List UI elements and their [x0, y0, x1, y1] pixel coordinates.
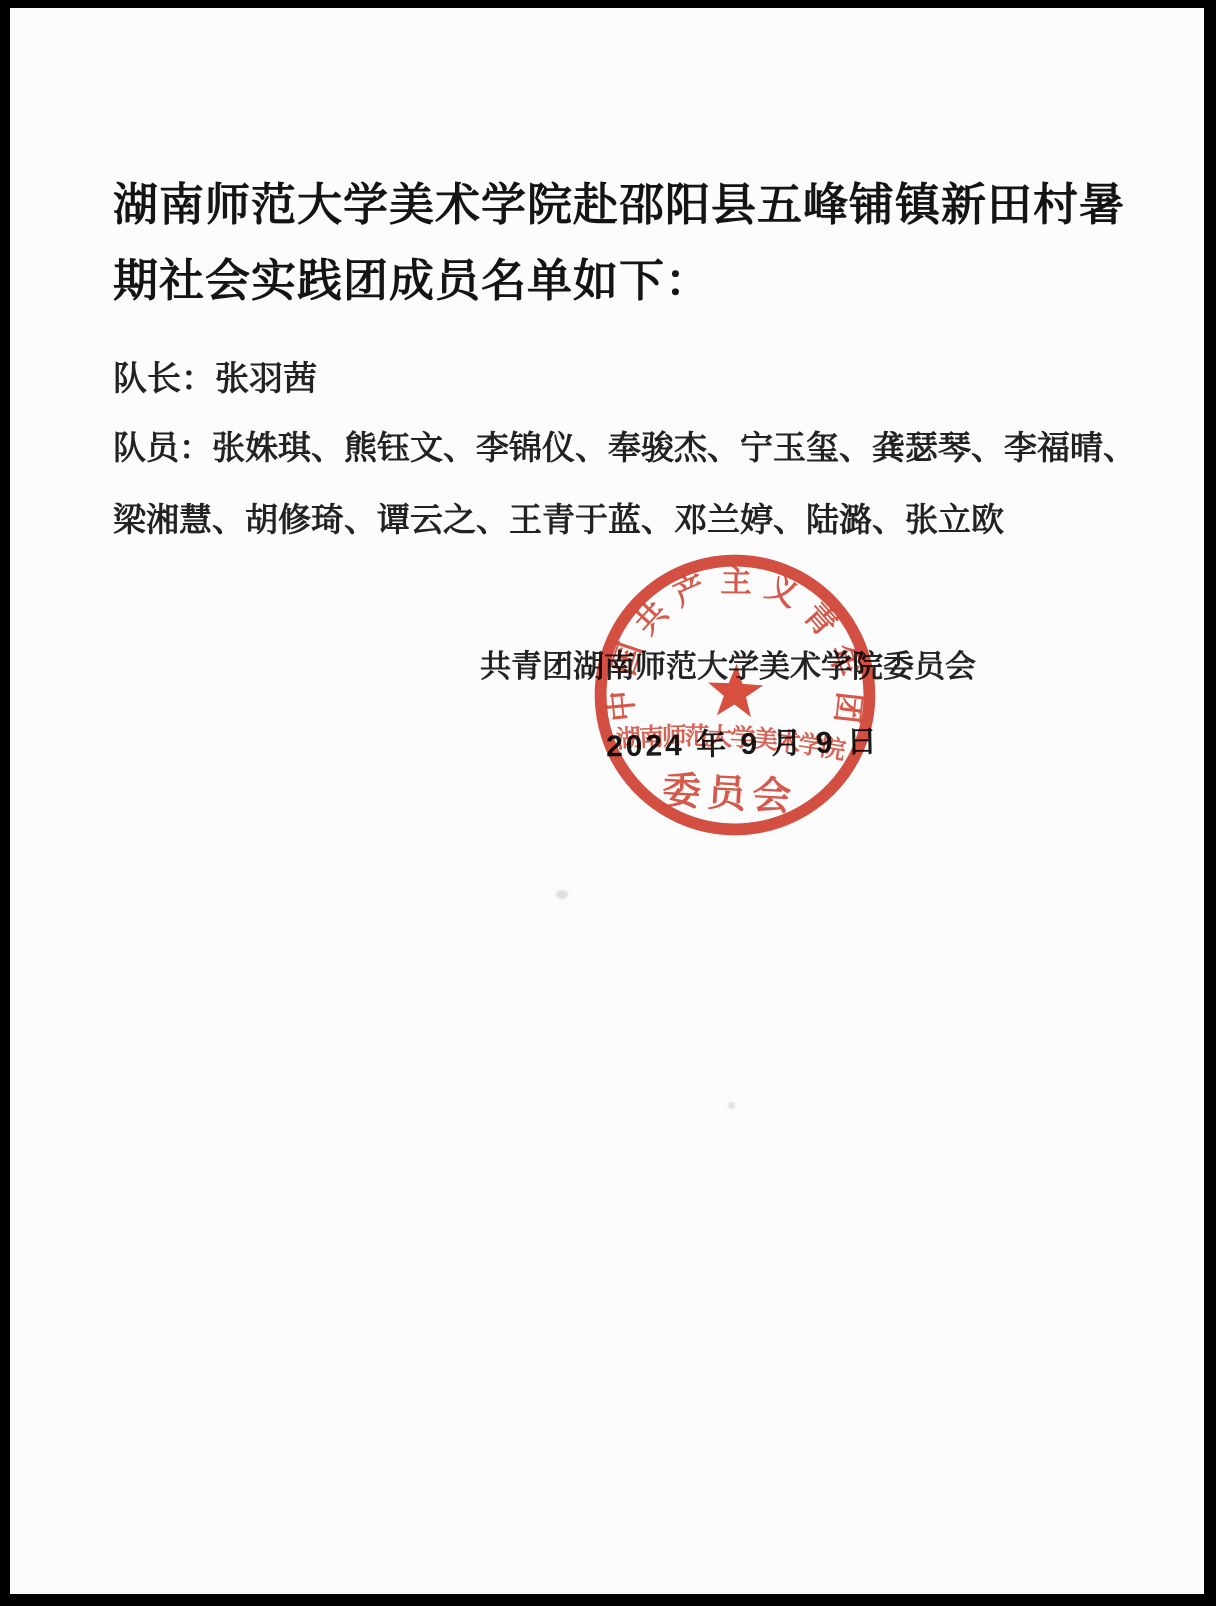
document-title-line-2: 期社会实践团成员名单如下：: [113, 244, 711, 309]
official-stamp: 中国共产主义青年团 湖南师范大学美术学院 委员会: [585, 545, 886, 846]
team-members-line-2: 梁湘慧、胡修琦、谭云之、王青于蓝、邓兰婷、陆潞、张立欧: [113, 494, 1004, 541]
scan-speck: [556, 890, 568, 899]
document-page: 湖南师范大学美术学院赴邵阳县五峰铺镇新田村暑 期社会实践团成员名单如下： 队长：…: [10, 8, 1204, 1594]
stamp-arc-bottom-text: 湖南师范大学美术学院: [614, 717, 849, 766]
star-icon: [706, 662, 764, 717]
scanned-document: { "document": { "title_line1": "湖南师范大学美术…: [0, 0, 1216, 1606]
document-title-line-1: 湖南师范大学美术学院赴邵阳县五峰铺镇新田村暑: [113, 168, 1125, 233]
stamp-committee-text: 委员会: [661, 769, 798, 819]
team-leader-line: 队长：张羽茜: [113, 351, 317, 400]
stamp-arc-top-text: 中国共产主义青年团: [601, 557, 873, 737]
team-members-line-1: 队员：张姝琪、熊钰文、李锦仪、奉骏杰、宁玉玺、龚瑟琴、李福晴、: [113, 422, 1136, 469]
scan-speck: [728, 1102, 735, 1109]
